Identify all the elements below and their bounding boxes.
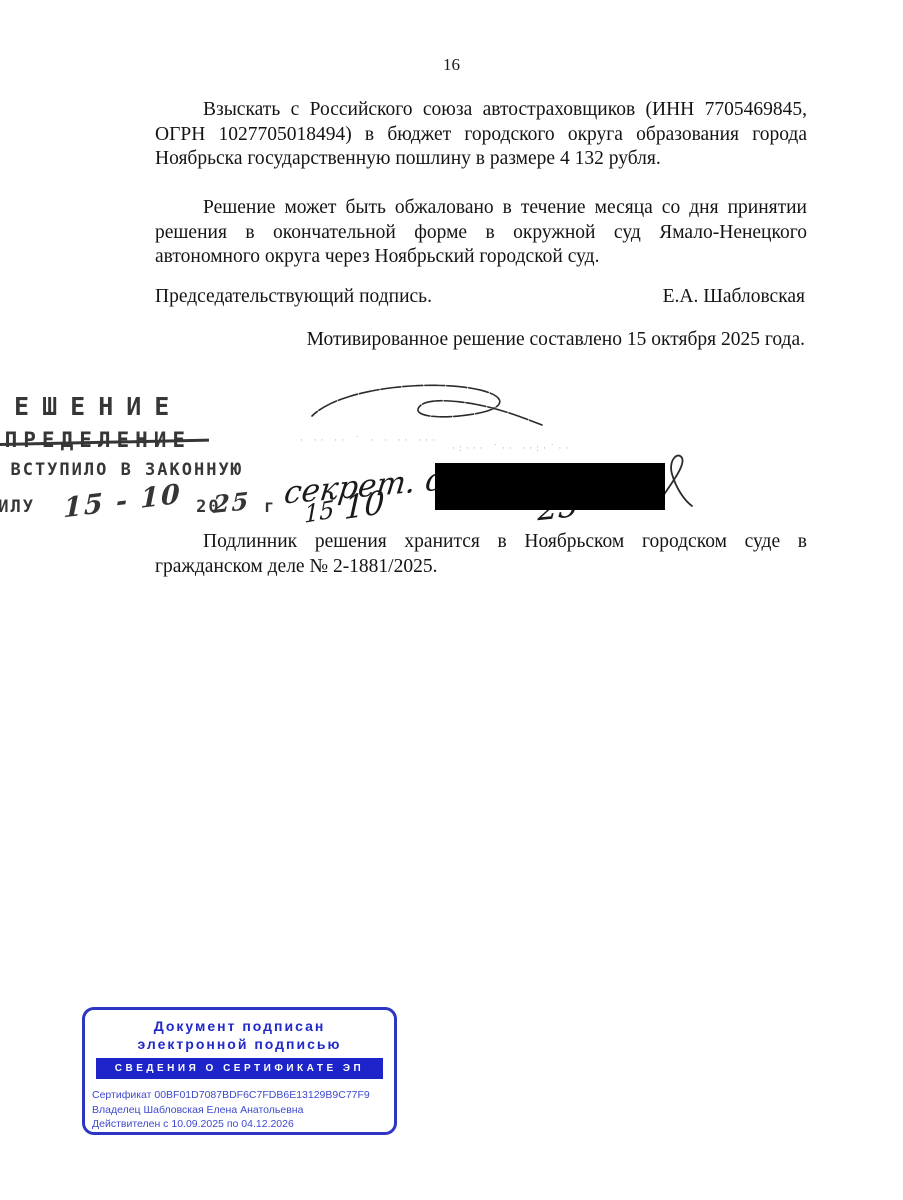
stamp-year-suffix: г <box>264 497 276 517</box>
motivated-decision-line: Мотивированное решение составлено 15 окт… <box>155 329 805 351</box>
paragraph-original-kept: Подлинник решения хранится в Ноябрьском … <box>155 530 807 579</box>
faint-stamp-noise: · ·· ·· ˙ · · ·· ··· <box>300 436 439 446</box>
stamp-handwritten-date: 15 - 10 <box>63 479 182 525</box>
judge-name: Е.А. Шабловская <box>663 286 805 308</box>
esig-title-line2: электронной подписью <box>85 1035 394 1053</box>
paragraph-appeal: Решение может быть обжаловано в течение … <box>155 196 807 270</box>
presiding-signature-row: Председательствующий подпись. Е.А. Шабло… <box>155 286 805 308</box>
stamp-word-ruling-struck: ОПРЕДЕЛЕНИЕ <box>0 428 191 452</box>
page-number: 16 <box>0 55 903 75</box>
judge-signature-flourish <box>298 378 548 440</box>
handwritten-day: 15 <box>304 495 334 529</box>
esig-title: Документ подписан электронной подписью <box>85 1017 394 1053</box>
esig-certificate-banner: СВЕДЕНИЯ О СЕРТИФИКАТЕ ЭП <box>96 1058 383 1079</box>
redaction-box <box>435 463 665 510</box>
stamp-force-date-line: СИЛУ 15 - 10 20 25 г <box>0 486 276 517</box>
paragraph-recovery: Взыскать с Российского союза автострахов… <box>155 98 807 172</box>
esig-certificate-number: Сертификат 00BF01D7087BDF6C7FDB6E13129B9… <box>92 1088 390 1103</box>
stamp-word-force: СИЛУ <box>0 497 35 517</box>
document-page: 16 Взыскать с Российского союза автостра… <box>0 0 903 1200</box>
handwritten-month: 10 <box>344 483 386 527</box>
stamp-entered-force-line: Е ВСТУПИЛО В ЗАКОННУЮ <box>0 460 276 480</box>
esig-owner: Владелец Шабловская Елена Анатольевна <box>92 1103 390 1118</box>
esig-validity: Действителен с 10.09.2025 по 04.12.2026 <box>92 1117 390 1132</box>
court-entry-stamp: РЕШЕНИЕ ОПРЕДЕЛЕНИЕ Е ВСТУПИЛО В ЗАКОННУ… <box>0 392 276 517</box>
esig-details: Сертификат 00BF01D7087BDF6C7FDB6E13129B9… <box>92 1088 390 1132</box>
stamp-handwritten-year: 25 <box>212 486 250 519</box>
electronic-signature-stamp: Документ подписан электронной подписью С… <box>82 1007 397 1135</box>
stamp-word-decision: РЕШЕНИЕ <box>0 392 276 421</box>
faint-stamp-noise: ·:··· ˙·· ··:·˙·· <box>452 444 572 454</box>
presiding-label: Председательствующий подпись. <box>155 286 432 308</box>
esig-title-line1: Документ подписан <box>85 1017 394 1035</box>
